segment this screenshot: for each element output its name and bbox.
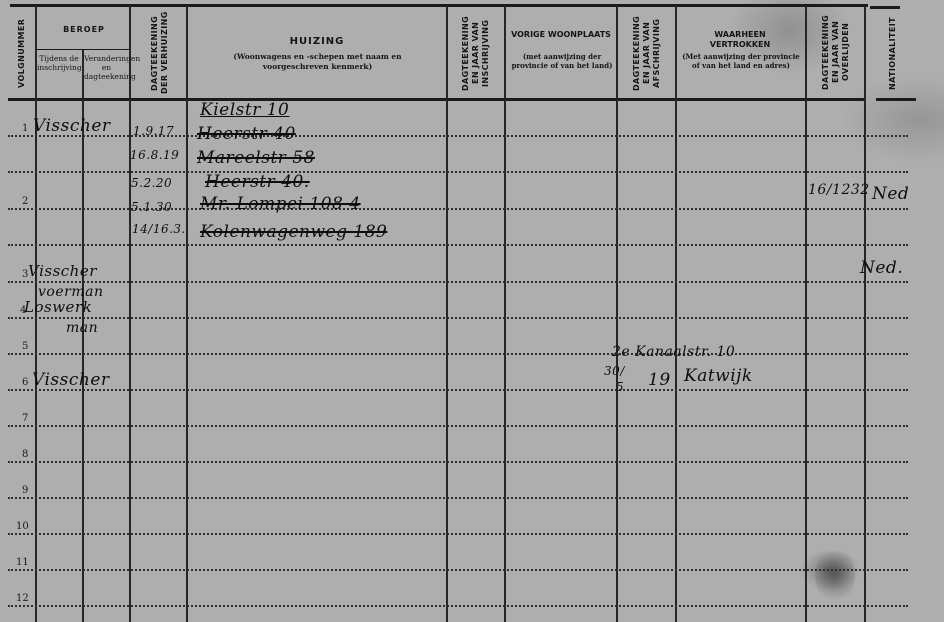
header-nationaliteit: NATIONALITEIT: [878, 10, 908, 96]
huizing-entry: Kielstr 10: [200, 100, 289, 120]
ink-stain: [815, 545, 855, 605]
header-bottom-rule: [8, 98, 866, 101]
beroep-entry: man: [66, 320, 98, 336]
header-beroep-veranderingen: Veranderingen en dagteekening: [84, 54, 129, 81]
row-line: [8, 353, 908, 355]
header-volgnummer: VOLGNUMMER: [12, 10, 32, 96]
top-rule-right: [870, 6, 900, 9]
verhuizing-date: 14/16.3.: [132, 222, 186, 236]
header-overlijden: DAGTEEKENING EN JAAR VAN OVERLIJDEN: [811, 8, 861, 96]
header-beroep: BEROEP: [40, 24, 128, 35]
waarheen-place: Katwijk: [684, 366, 753, 386]
col-line: [616, 6, 618, 622]
waarheen-address: 2e Kanaalstr. 10: [612, 344, 735, 360]
row-line: [8, 171, 908, 173]
header-waarheen: WAARHEEN VERTROKKEN: [690, 30, 790, 50]
row-line: [8, 461, 908, 463]
row-line: [8, 281, 908, 283]
beroep-entry: Visscher: [33, 116, 111, 136]
row-number: 7: [22, 413, 28, 424]
header-afschrijving: DAGTEEKENING EN JAAR VAN AFSCHRIJVING: [622, 10, 672, 96]
huizing-entry: Kolenwagenweg 189: [200, 222, 387, 242]
col-line: [446, 6, 448, 622]
header-dagteekening-verhuizing: DAGTEEKENING DER VERHUIZING: [138, 10, 182, 96]
huizing-entry: Mareelstr 58: [197, 148, 315, 168]
huizing-entry: Mr. Lompei 108 4: [200, 194, 361, 214]
row-number: 6: [22, 377, 28, 388]
row-line: [8, 317, 908, 319]
row-line: [8, 497, 908, 499]
overlijden-date: 16/1232: [808, 182, 870, 198]
row-line: [8, 533, 908, 535]
col-line: [186, 6, 188, 622]
col-line: [504, 6, 506, 622]
verhuizing-date: 16.8.19: [130, 148, 179, 162]
register-card: VOLGNUMMER BEROEP Tijdens de inschrijvin…: [0, 0, 944, 622]
verhuizing-date: 5.1.30: [131, 200, 172, 214]
afschrijving-day: 30/: [604, 364, 625, 378]
nationaliteit-entry: Ned: [872, 184, 909, 204]
huizing-entry: Heerstr 40: [197, 124, 296, 144]
row-line: [8, 244, 908, 246]
col-line: [129, 6, 131, 622]
header-huizing-sub: (Woonwagens en -schepen met naam en voor…: [220, 52, 415, 72]
row-line: [8, 425, 908, 427]
row-line: [8, 605, 908, 607]
row-number: 5: [22, 341, 28, 352]
col-line: [675, 6, 677, 622]
row-number: 12: [16, 593, 29, 604]
header-bottom-rule-right: [876, 98, 916, 101]
row-line: [8, 569, 908, 571]
afschrijving-month: 5: [616, 380, 624, 394]
verhuizing-date: 5.2.20: [131, 176, 172, 190]
col-line: [864, 6, 866, 622]
beroep-entry: Loswerk: [24, 298, 92, 316]
row-number: 10: [16, 521, 29, 532]
beroep-entry: Visscher: [32, 370, 110, 390]
header-vorige-sub: (met aanwijzing der provincie of van het…: [510, 52, 614, 70]
huizing-entry: Heerstr 40.: [205, 172, 310, 192]
header-waarheen-sub: (Met aanwijzing der provincie of van het…: [680, 52, 802, 70]
beroep-entry: Visscher: [28, 262, 97, 280]
row-number: 8: [22, 449, 28, 460]
col-line: [805, 6, 807, 622]
row-number: 11: [16, 557, 29, 568]
header-inschrijving: DAGTEEKENING EN JAAR VAN INSCHRIJVING: [452, 10, 500, 96]
row-number: 9: [22, 485, 28, 496]
header-huizing: HUIZING: [190, 36, 444, 47]
header-beroep-inschrijving: Tijdens de inschrijving: [37, 54, 81, 72]
row-line: [8, 389, 908, 391]
row-number: 2: [22, 196, 28, 207]
top-rule: [10, 4, 868, 7]
row-number: 1: [22, 123, 28, 134]
verhuizing-date: 1.9.17: [133, 124, 174, 138]
afschrijving-year: 19: [648, 370, 671, 390]
header-vorige-woonplaats: VORIGE WOONPLAATS: [508, 30, 614, 40]
nationaliteit-entry: Ned.: [860, 258, 903, 278]
